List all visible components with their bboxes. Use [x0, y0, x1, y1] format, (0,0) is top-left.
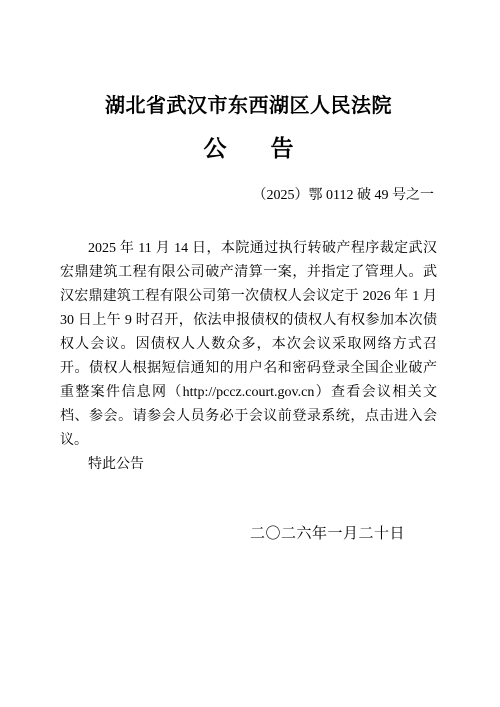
date-line: 二〇二六年一月二十日 — [60, 522, 437, 546]
announcement-title-row: 公告 — [60, 133, 437, 167]
body-paragraph: 2025 年 11 月 14 日，本院通过执行转破产程序裁定武汉宏鼎建筑工程有限… — [60, 237, 437, 453]
closing-line: 特此公告 — [60, 453, 437, 477]
case-number: （2025）鄂 0112 破 49 号之一 — [60, 187, 437, 205]
court-name-heading: 湖北省武汉市东西湖区人民法院 — [60, 93, 437, 120]
announcement-page: 湖北省武汉市东西湖区人民法院 公告 （2025）鄂 0112 破 49 号之一 … — [0, 0, 500, 707]
announcement-title: 公告 — [204, 135, 338, 161]
